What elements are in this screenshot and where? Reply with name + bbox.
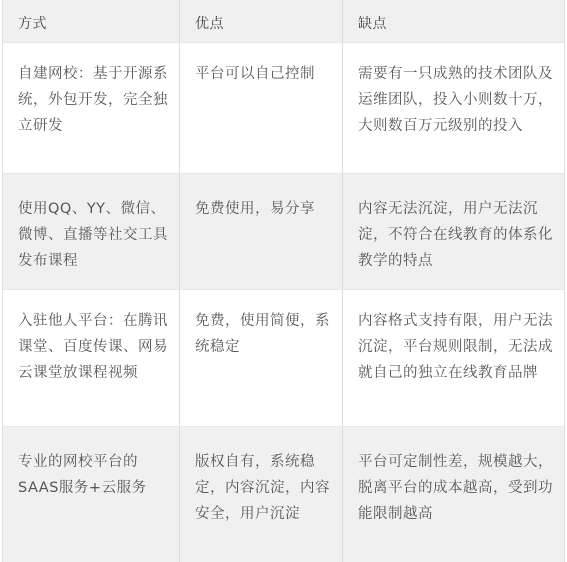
header-pros: 优点 — [180, 0, 343, 42]
table-row: 使用QQ、YY、微信、微博、直播等社交工具发布课程 免费使用，易分享 内容无法沉… — [3, 174, 564, 290]
cell-pros: 平台可以自己控制 — [180, 43, 343, 173]
table-row: 自建网校：基于开源系统，外包开发，完全独立研发 平台可以自己控制 需要有一只成熟… — [3, 43, 564, 174]
table-row: 专业的网校平台的SAAS服务+云服务 版权自有，系统稳定，内容沉淀，内容安全，用… — [3, 427, 564, 562]
cell-method: 入驻他人平台：在腾讯课堂、百度传课、网易云课堂放课程视频 — [3, 290, 180, 426]
cell-pros: 免费使用，易分享 — [180, 174, 343, 289]
cell-method: 专业的网校平台的SAAS服务+云服务 — [3, 427, 180, 562]
cell-cons: 平台可定制性差，规模越大，脱离平台的成本越高，受到功能限制越高 — [343, 427, 564, 562]
header-method: 方式 — [3, 0, 180, 42]
table-header-row: 方式 优点 缺点 — [3, 0, 564, 43]
cell-method: 使用QQ、YY、微信、微博、直播等社交工具发布课程 — [3, 174, 180, 289]
cell-cons: 内容格式支持有限，用户无法沉淀，平台规则限制，无法成就自己的独立在线教育品牌 — [343, 290, 564, 426]
cell-cons: 内容无法沉淀，用户无法沉淀，不符合在线教育的体系化教学的特点 — [343, 174, 564, 289]
comparison-table: 方式 优点 缺点 自建网校：基于开源系统，外包开发，完全独立研发 平台可以自己控… — [2, 0, 565, 562]
cell-method: 自建网校：基于开源系统，外包开发，完全独立研发 — [3, 43, 180, 173]
cell-pros: 免费，使用简便，系统稳定 — [180, 290, 343, 426]
cell-pros: 版权自有，系统稳定，内容沉淀，内容安全，用户沉淀 — [180, 427, 343, 562]
header-cons: 缺点 — [343, 0, 564, 42]
cell-cons: 需要有一只成熟的技术团队及运维团队，投入小则数十万，大则数百万元级别的投入 — [343, 43, 564, 173]
table-row: 入驻他人平台：在腾讯课堂、百度传课、网易云课堂放课程视频 免费，使用简便，系统稳… — [3, 290, 564, 427]
